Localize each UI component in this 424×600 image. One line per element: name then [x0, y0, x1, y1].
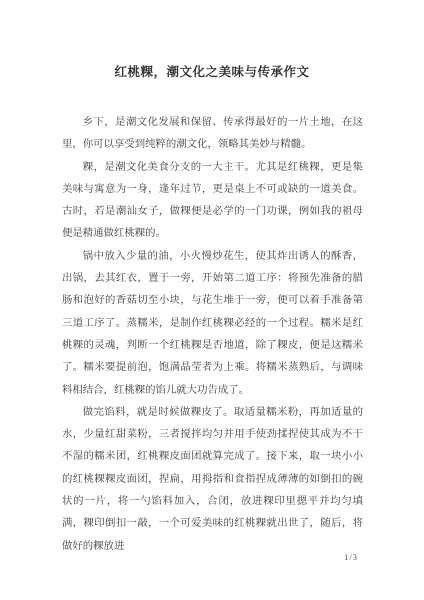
page-number: 1/3 [62, 552, 358, 562]
paragraph-filling-steps: 锅中放入少量的油，小火慢炒花生，使其炸出诱人的酥香，出锅，去其红衣，置于一旁，开… [62, 246, 363, 402]
document-body: 乡下，是潮文化发展和保留、传承得最好的一片土地，在这里，你可以享受到纯粹的潮文化… [62, 112, 363, 558]
paragraph-guo-culture: 粿，是潮文化美食分支的一大主干。尤其是红桃粿，更是集美味与寓意为一身，逢年过节，… [62, 157, 363, 246]
document-title: 红桃粿，潮文化之美味与传承作文 [0, 62, 424, 80]
paragraph-intro: 乡下，是潮文化发展和保留、传承得最好的一片土地，在这里，你可以享受到纯粹的潮文化… [62, 112, 363, 157]
document-page: 红桃粿，潮文化之美味与传承作文 乡下，是潮文化发展和保留、传承得最好的一片土地，… [0, 0, 424, 600]
paragraph-skin-shaping: 做完馅料，就是时候做粿皮了。取适量糯米粉，再加适量的水，少量红甜菜粉，三者搅拌均… [62, 402, 363, 558]
